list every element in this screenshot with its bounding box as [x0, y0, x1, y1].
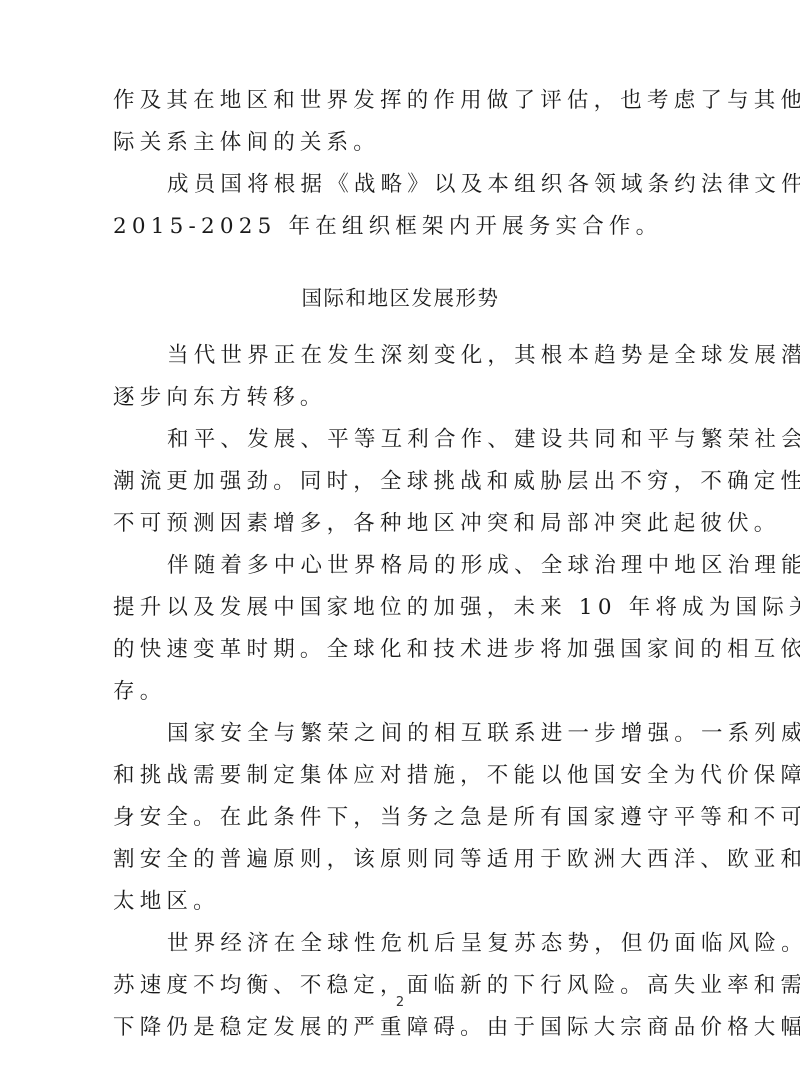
paragraph-continued: 作及其在地区和世界发挥的作用做了评估，也考虑了与其他国 际关系主体间的关系。: [113, 80, 688, 164]
text-line: 下降仍是稳定发展的严重障碍。由于国际大宗商品价格大幅波: [113, 1007, 688, 1049]
text-line: 存。: [113, 671, 688, 713]
document-body: 作及其在地区和世界发挥的作用做了评估，也考虑了与其他国 际关系主体间的关系。 成…: [113, 80, 688, 1049]
text-line: 成员国将根据《战略》以及本组织各领域条约法律文件于: [113, 164, 688, 206]
paragraph-member-states: 成员国将根据《战略》以及本组织各领域条约法律文件于 2015-2025 年在组织…: [113, 164, 688, 248]
section-heading: 国际和地区发展形势: [113, 278, 688, 318]
page-number: 2: [0, 995, 800, 1010]
text-line: 伴随着多中心世界格局的形成、全球治理中地区治理能力: [113, 545, 688, 587]
text-line: 作及其在地区和世界发挥的作用做了评估，也考虑了与其他国: [113, 80, 688, 122]
paragraph: 和平、发展、平等互利合作、建设共同和平与繁荣社会的 潮流更加强劲。同时，全球挑战…: [113, 419, 688, 545]
text-line: 身安全。在此条件下，当务之急是所有国家遵守平等和不可分: [113, 797, 688, 839]
text-line: 2015-2025 年在组织框架内开展务实合作。: [113, 206, 688, 248]
text-line: 和平、发展、平等互利合作、建设共同和平与繁荣社会的: [113, 419, 688, 461]
text-line: 的快速变革时期。全球化和技术进步将加强国家间的相互依: [113, 629, 688, 671]
text-line: 不可预测因素增多，各种地区冲突和局部冲突此起彼伏。: [113, 503, 688, 545]
text-line: 提升以及发展中国家地位的加强，未来 10 年将成为国际关系: [113, 587, 688, 629]
document-page: 作及其在地区和世界发挥的作用做了评估，也考虑了与其他国 际关系主体间的关系。 成…: [0, 0, 800, 1067]
text-line: 国家安全与繁荣之间的相互联系进一步增强。一系列威胁: [113, 713, 688, 755]
text-line: 割安全的普遍原则，该原则同等适用于欧洲大西洋、欧亚和亚: [113, 839, 688, 881]
text-line: 潮流更加强劲。同时，全球挑战和威胁层出不穷，不确定性和: [113, 461, 688, 503]
paragraph: 国家安全与繁荣之间的相互联系进一步增强。一系列威胁 和挑战需要制定集体应对措施，…: [113, 713, 688, 923]
text-line: 逐步向东方转移。: [113, 377, 688, 419]
paragraph: 伴随着多中心世界格局的形成、全球治理中地区治理能力 提升以及发展中国家地位的加强…: [113, 545, 688, 713]
text-line: 际关系主体间的关系。: [113, 122, 688, 164]
text-line: 和挑战需要制定集体应对措施，不能以他国安全为代价保障自: [113, 755, 688, 797]
text-line: 当代世界正在发生深刻变化，其根本趋势是全球发展潜力: [113, 335, 688, 377]
paragraph: 当代世界正在发生深刻变化，其根本趋势是全球发展潜力 逐步向东方转移。: [113, 335, 688, 419]
paragraph: 世界经济在全球性危机后呈复苏态势，但仍面临风险。复 苏速度不均衡、不稳定，面临新…: [113, 923, 688, 1049]
text-line: 太地区。: [113, 881, 688, 923]
text-line: 世界经济在全球性危机后呈复苏态势，但仍面临风险。复: [113, 923, 688, 965]
